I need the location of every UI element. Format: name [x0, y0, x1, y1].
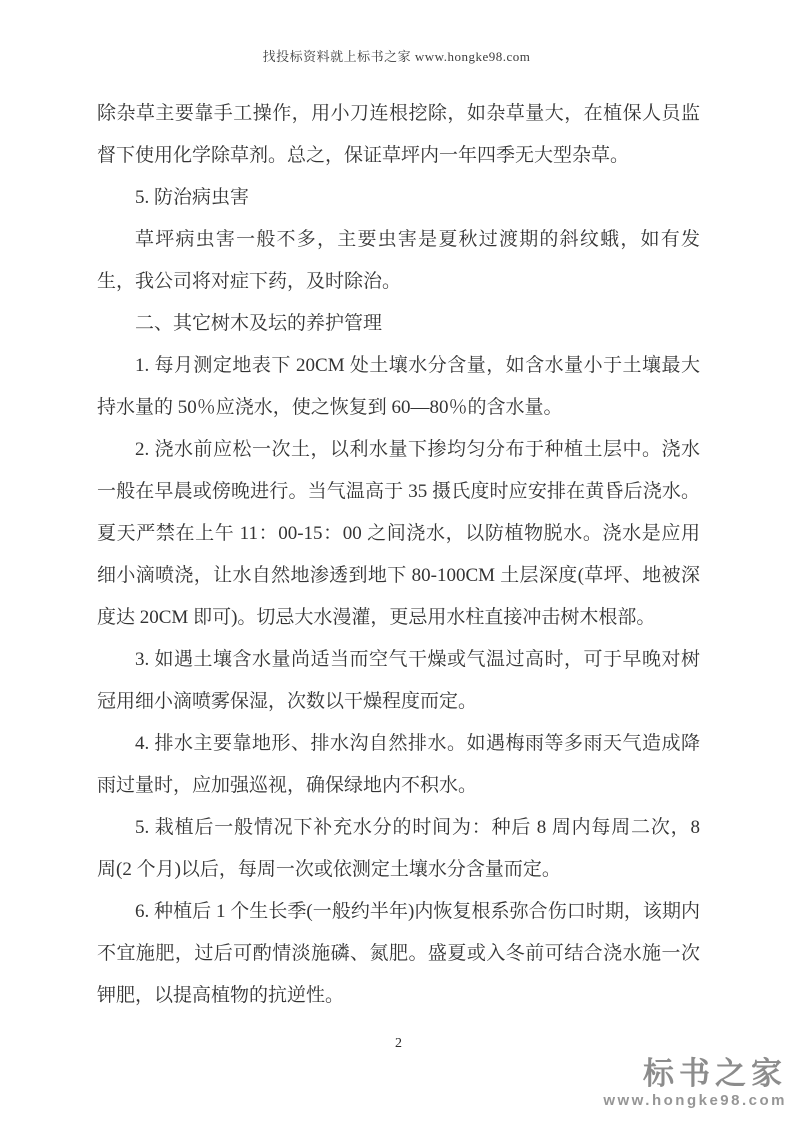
document-page: 找投标资料就上标书之家 www.hongke98.com 除杂草主要靠手工操作，… [0, 0, 793, 1122]
page-header-text: 找投标资料就上标书之家 www.hongke98.com [0, 46, 793, 65]
body-paragraph: 除杂草主要靠手工操作，用小刀连根挖除，如杂草量大，在植保人员监督下使用化学除草剂… [97, 93, 700, 177]
body-paragraph: 4. 排水主要靠地形、排水沟自然排水。如遇梅雨等多雨天气造成降雨过量时，应加强巡… [97, 723, 700, 807]
watermark: 标书之家 www.hongke98.com [603, 1056, 787, 1109]
body-paragraph: 5. 栽植后一般情况下补充水分的时间为：种后 8 周内每周二次，8 周(2 个月… [97, 807, 700, 891]
body-paragraph: 草坪病虫害一般不多，主要虫害是夏秋过渡期的斜纹蛾，如有发生，我公司将对症下药，及… [97, 219, 700, 303]
page-number: 2 [97, 1036, 700, 1052]
watermark-logo-text: 标书之家 [603, 1056, 787, 1092]
body-paragraph: 二、其它树木及坛的养护管理 [97, 303, 700, 345]
body-paragraph: 6. 种植后 1 个生长季(一般约半年)内恢复根系弥合伤口时期，该期内不宜施肥，… [97, 891, 700, 1017]
body-paragraph: 1. 每月测定地表下 20CM 处土壤水分含量，如含水量小于土壤最大持水量的 5… [97, 345, 700, 429]
watermark-url-text: www.hongke98.com [603, 1092, 787, 1109]
body-paragraph: 3. 如遇土壤含水量尚适当而空气干燥或气温过高时，可于早晚对树冠用细小滴喷雾保湿… [97, 639, 700, 723]
body-paragraph: 2. 浇水前应松一次土，以利水量下掺均匀分布于种植土层中。浇水一般在早晨或傍晚进… [97, 429, 700, 639]
body-paragraph: 5. 防治病虫害 [97, 177, 700, 219]
body: 除杂草主要靠手工操作，用小刀连根挖除，如杂草量大，在植保人员监督下使用化学除草剂… [97, 93, 700, 1017]
